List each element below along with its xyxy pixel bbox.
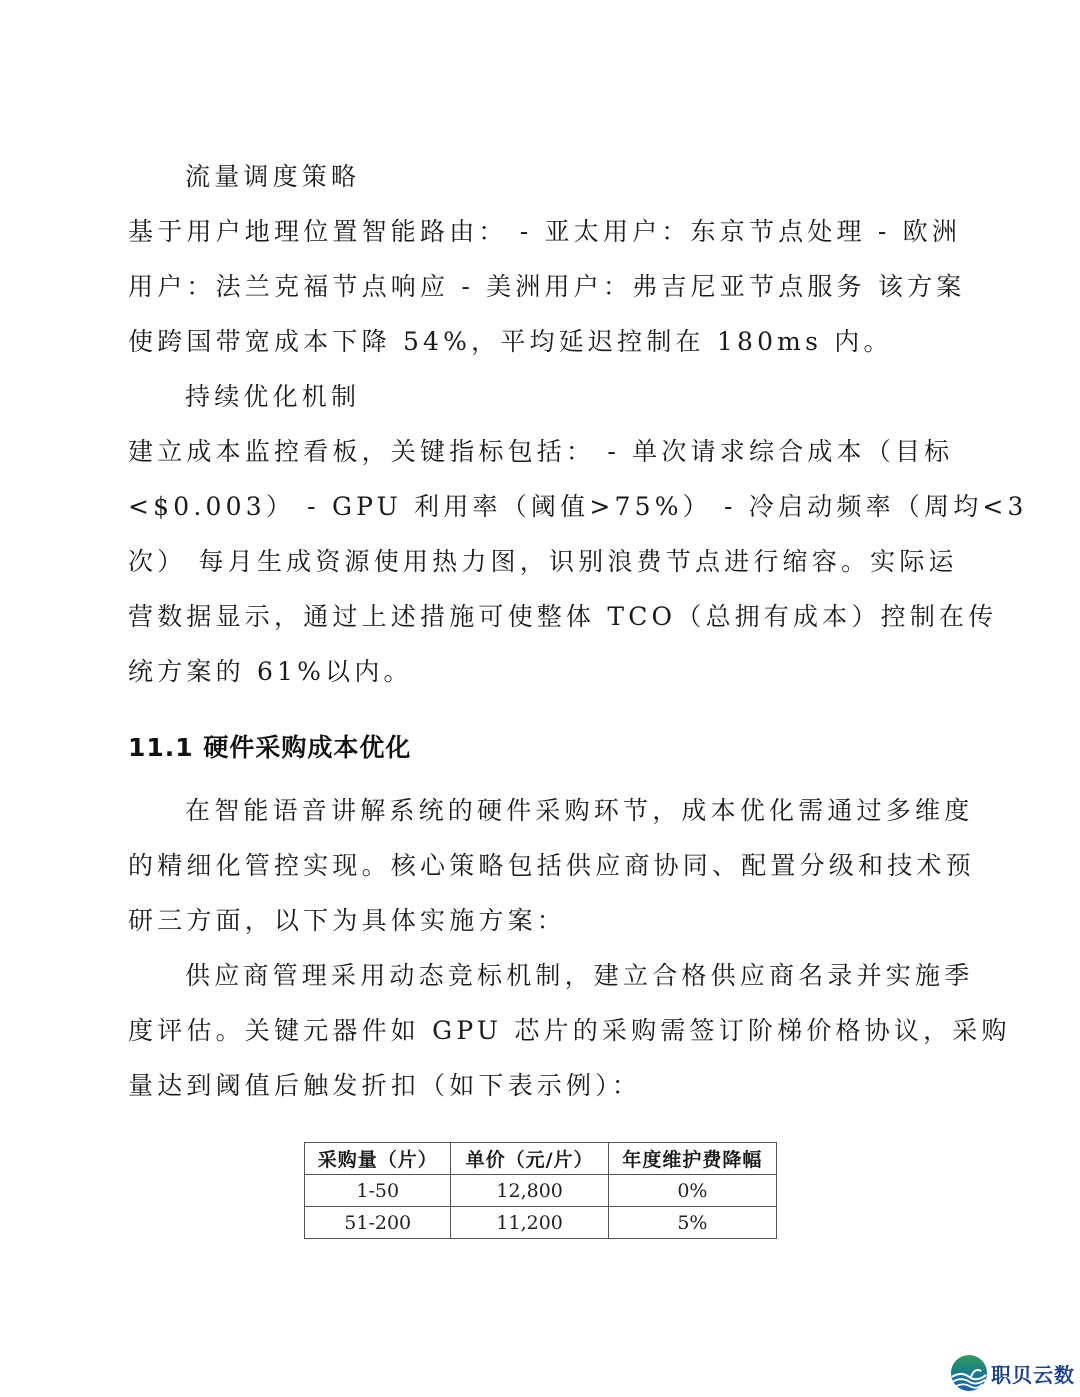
body-line: 供应商管理采用动态竞标机制，建立合格供应商名录并实施季 xyxy=(185,961,1005,991)
body-line: 建立成本监控看板，关键指标包括： - 单次请求综合成本（目标 xyxy=(128,437,948,467)
subheading-traffic: 流量调度策略 xyxy=(185,162,1005,192)
brand-logo: 职贝云数 xyxy=(950,1353,1075,1393)
body-line: 量达到阈值后触发折扣（如下表示例）： xyxy=(128,1071,948,1101)
body-line: 的精细化管控实现。核心策略包括供应商协同、配置分级和技术预 xyxy=(128,851,948,881)
body-line: 用户：法兰克福节点响应 - 美洲用户：弗吉尼亚节点服务 该方案 xyxy=(128,272,948,302)
cell-unit-price: 12,800 xyxy=(451,1175,608,1207)
brand-name: 职贝云数 xyxy=(991,1359,1075,1388)
body-line: 度评估。关键元器件如 GPU 芯片的采购需签订阶梯价格协议，采购 xyxy=(128,1016,948,1046)
cell-quantity: 51-200 xyxy=(305,1207,451,1239)
table-row: 1-50 12,800 0% xyxy=(305,1175,777,1207)
header-unit-price: 单价（元/片） xyxy=(451,1143,608,1175)
table-row: 51-200 11,200 5% xyxy=(305,1207,777,1239)
table-header-row: 采购量（片） 单价（元/片） 年度维护费降幅 xyxy=(305,1143,777,1175)
document-page: 流量调度策略 基于用户地理位置智能路由： - 亚太用户：东京节点处理 - 欧洲 … xyxy=(0,0,1080,1397)
body-line: <$0.003） - GPU 利用率（阈值>75%） - 冷启动频率（周均<3 xyxy=(128,492,948,522)
body-line: 统方案的 61%以内。 xyxy=(128,657,948,687)
section-heading: 11.1 硬件采购成本优化 xyxy=(128,732,411,764)
subheading-optimization: 持续优化机制 xyxy=(185,382,1005,412)
body-line: 研三方面，以下为具体实施方案： xyxy=(128,906,948,936)
cell-maintenance-discount: 5% xyxy=(608,1207,776,1239)
cell-unit-price: 11,200 xyxy=(451,1207,608,1239)
cell-quantity: 1-50 xyxy=(305,1175,451,1207)
body-line: 使跨国带宽成本下降 54%，平均延迟控制在 180ms 内。 xyxy=(128,327,948,357)
header-maintenance-discount: 年度维护费降幅 xyxy=(608,1143,776,1175)
price-tier-table: 采购量（片） 单价（元/片） 年度维护费降幅 1-50 12,800 0% 51… xyxy=(304,1142,777,1239)
body-line: 基于用户地理位置智能路由： - 亚太用户：东京节点处理 - 欧洲 xyxy=(128,217,948,247)
body-line: 次） 每月生成资源使用热力图，识别浪费节点进行缩容。实际运 xyxy=(128,547,948,577)
cell-maintenance-discount: 0% xyxy=(608,1175,776,1207)
body-line: 营数据显示，通过上述措施可使整体 TCO（总拥有成本）控制在传 xyxy=(128,602,948,632)
wave-globe-icon xyxy=(950,1354,988,1392)
body-line: 在智能语音讲解系统的硬件采购环节，成本优化需通过多维度 xyxy=(185,796,1005,826)
header-quantity: 采购量（片） xyxy=(305,1143,451,1175)
